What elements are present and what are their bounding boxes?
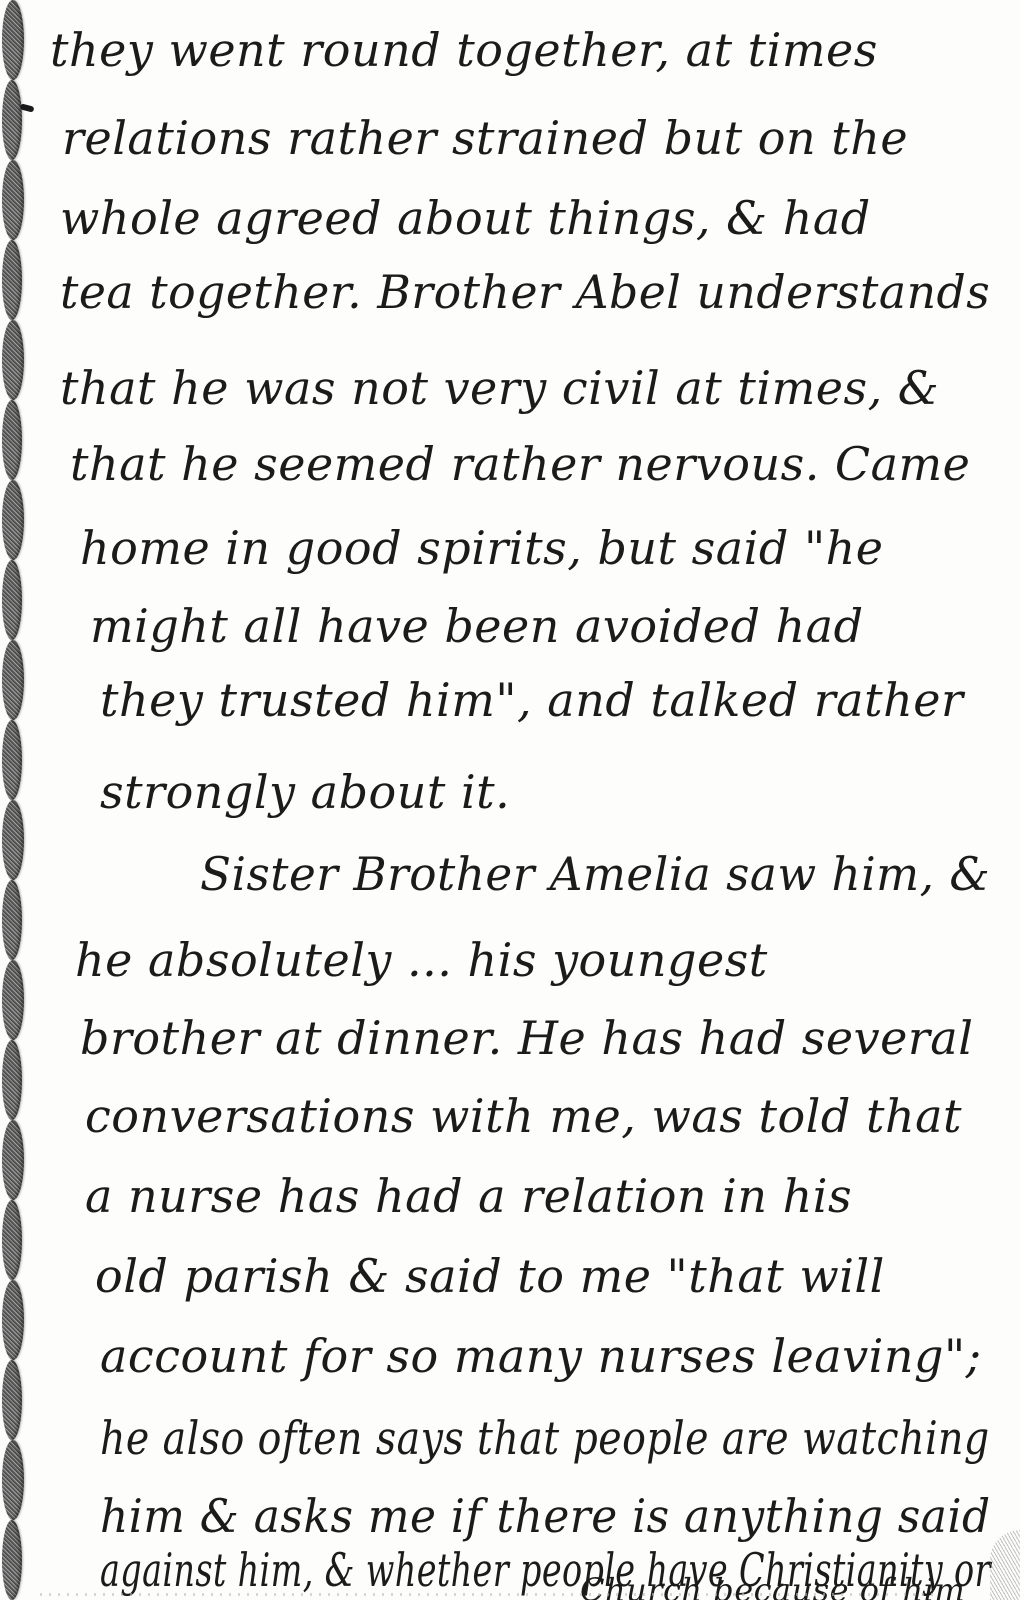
text-line: old parish & said to me "that will (95, 1248, 885, 1304)
text-line: brother at dinner. He has had several (80, 1010, 973, 1066)
binding-loop (2, 1120, 24, 1200)
text-line: home in good spirits, but said "he (80, 520, 883, 576)
binding-loop (2, 0, 24, 80)
binding-loop (2, 1520, 22, 1600)
text-line: a nurse has had a relation in his (85, 1168, 852, 1224)
text-line: that he was not very civil at times, & (60, 360, 939, 416)
binding-loop (2, 1280, 24, 1360)
text-line: him & asks me if there is anything said (100, 1488, 991, 1544)
text-line: tea together. Brother Abel understands (60, 264, 990, 320)
binding-loop (2, 1200, 22, 1280)
text-line: account for so many nurses leaving"; (100, 1328, 982, 1384)
text-line: conversations with me, was told that (85, 1088, 962, 1144)
text-line-indented: Sister Brother Amelia saw him, & (200, 846, 990, 902)
binding-loop (2, 800, 24, 880)
binding-loop (2, 80, 22, 160)
text-line: he absolutely ... his youngest (75, 932, 768, 988)
text-line: they went round together, at times (50, 22, 878, 78)
binding-loop (2, 880, 22, 960)
binding-loop (2, 960, 24, 1040)
binding-loop (2, 160, 24, 240)
text-line: that he seemed rather nervous. Came (70, 436, 970, 492)
binding-loop (2, 1360, 22, 1440)
text-line: strongly about it. (100, 764, 510, 820)
binding-loop (2, 400, 22, 480)
binding-loop (2, 1040, 22, 1120)
text-line: might all have been avoided had (90, 598, 864, 654)
spiral-binding (0, 0, 26, 1600)
binding-loop (2, 1440, 24, 1520)
page-edge-speckle (40, 1593, 940, 1596)
text-line: relations rather strained but on the (62, 110, 908, 166)
text-line: whole agreed about things, & had (60, 190, 871, 246)
text-line: they trusted him", and talked rather (100, 672, 963, 728)
binding-loop (2, 640, 24, 720)
handwritten-text: they went round together, at times relat… (40, 0, 1000, 1600)
binding-loop (2, 320, 24, 400)
manuscript-page: they went round together, at times relat… (0, 0, 1020, 1600)
binding-loop (2, 560, 22, 640)
binding-loop (2, 480, 24, 560)
binding-loop (2, 240, 22, 320)
text-line: he also often says that people are watch… (100, 1410, 990, 1466)
binding-loop (2, 720, 22, 800)
